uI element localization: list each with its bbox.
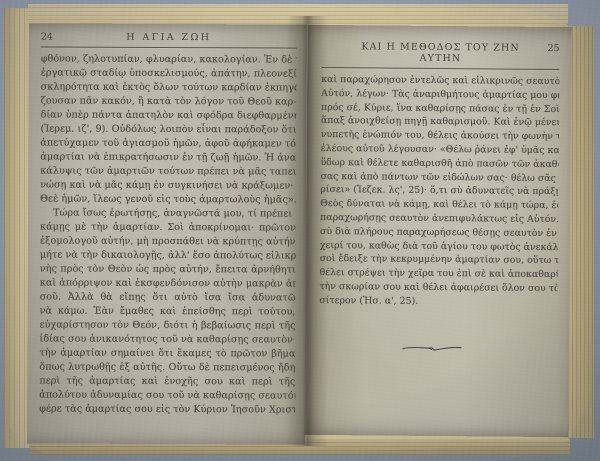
flourish-divider-icon	[401, 342, 463, 355]
text-line: δίαν ὑπὲρ πάντα ἀπατηλὸν καὶ σφόδρα διεφ…	[40, 108, 296, 123]
left-page: 24 Η ΑΓΙΑ ΖΩΗ φθόνον, ζηλοτυπίαν, φλυαρί…	[27, 23, 307, 444]
text-line: σὺ διὰ πλήρους παραχωρήσεως θέσῃς σεαυτὸ…	[320, 225, 558, 241]
left-text-block: φθόνον, ζηλοτυπίαν, φλυαρίαν, κακολογίαν…	[39, 52, 297, 417]
text-line: φθόνον, ζηλοτυπίαν, φλυαρίαν, κακολογίαν…	[41, 52, 297, 67]
text-line: μήτε νὰ τὴν δικαιολογῇς, ἀλλ' ἔσο ἀπολύτ…	[40, 248, 296, 263]
text-line: ὕδωρ καὶ θέλετε καθαρισθῆ ἀπὸ πασῶν τῶν …	[321, 156, 559, 172]
right-page: ΚΑΙ Η ΜΕΘΟΔΟΣ ΤΟΥ ΖΗΝ ΑΥΤΗΝ 25 καὶ παραχ…	[304, 25, 572, 437]
text-line: ἰδίας σου ἀνικανότητος τοῦ νὰ καθαρίσῃς …	[40, 332, 296, 347]
text-line: ἐξομολογοῦ αὐτήν, μὴ προσπάθει νὰ κρύπτῃ…	[40, 234, 296, 249]
text-line: Τώρα ἴσως ἐρωτήσῃς, ἀναγνῶστά μου, τί πρ…	[40, 206, 296, 221]
right-text-block: καὶ παραχώρησον ἐντελῶς καὶ εἰλικρινῶς σ…	[319, 73, 559, 310]
text-line: κάλυψις τῶν ἁμαρτιῶν τούτων πρέπει νὰ μᾶ…	[40, 164, 296, 179]
text-line: τὴν ἁμαρτίαν σημαίνει ὅτι ἔκαμες τὸ πρῶτ…	[39, 346, 295, 361]
text-line: ὅπως λυτρωθῇς ἐξ αὐτῆς. Οὕτω δὲ πεπεισμέ…	[39, 360, 295, 375]
text-line: Αὐτόν, λέγων· Τὰς ἀναριθμήτους ἁμαρτίας …	[321, 87, 559, 103]
book-photo: 24 Η ΑΓΙΑ ΖΩΗ φθόνον, ζηλοτυπίαν, φλυαρί…	[0, 0, 600, 461]
right-running-title: ΚΑΙ Η ΜΕΘΟΔΟΣ ΤΟΥ ΖΗΝ ΑΥΤΗΝ	[355, 41, 525, 64]
right-page-header: ΚΑΙ Η ΜΕΘΟΔΟΣ ΤΟΥ ΖΗΝ ΑΥΤΗΝ 25	[321, 41, 559, 65]
text-line: ἀπετύχαμεν τοῦ ἁγιασμοῦ ἡμῶν, ἀφοῦ ἀφήκα…	[40, 136, 296, 151]
left-running-title: Η ΑΓΙΑ ΖΩΗ	[75, 32, 263, 44]
text-line: σίτερον (Ἡσ. α', 25).	[319, 294, 557, 310]
text-line: φέρε τὰς ἁμαρτίας σου εἰς τὸν Κύριον Ἰησ…	[39, 402, 295, 417]
text-line: σκληρότητα καὶ ἐκτὸς ὅλων τούτων καρδίαν…	[41, 80, 297, 95]
text-line: σοῦ. Ἀλλὰ θὰ εἴπῃς ὅτι αὐτὸ ἴσα ἴσα ἀδυν…	[40, 290, 296, 305]
text-line: ζουσαν πᾶν κακόν, ἢ κατὰ τὸν λόγον τοῦ Θ…	[41, 94, 297, 109]
page-stack-edge-left	[4, 8, 30, 448]
right-page-number: 25	[526, 43, 560, 54]
text-line: Θεὲ ἡμῶν, ἵλεως γενοῦ εἰς τοὺς ἁμαρτωλοὺ…	[40, 192, 296, 207]
text-line: εὐχαρίστησον τὸν Θεόν, διότι ἡ βεβαίωσις…	[40, 318, 296, 333]
text-line: καὶ ἀπόρριψον καὶ ἐκσφενδόνισον αὐτὴν μα…	[40, 276, 296, 291]
text-line: περὶ τῆς ἁμαρτίας καὶ ἐνοχῆς σου καὶ περ…	[39, 374, 295, 389]
text-line: ἁμαρτίαι νὰ ἐπικρατήσωσιν ἐν τῇ ζωῇ ἡμῶν…	[40, 150, 296, 165]
left-header-rule	[41, 46, 297, 48]
left-page-number: 24	[41, 31, 75, 42]
text-line: νὴς πρὸς τὸν Θεὸν ὡς πρὸς αὐτήν, ἔπειτα …	[40, 262, 296, 277]
text-line: νὰ κάμω. Ἐὰν ἔμαθες καὶ ἐπείσθης περὶ το…	[40, 304, 296, 319]
text-line: (Ἰερεμ. ιζ', 9). Οὐδόλως λοιπὸν εἶναι πα…	[40, 122, 296, 137]
left-page-header: 24 Η ΑΓΙΑ ΖΩΗ	[41, 31, 297, 43]
text-line: ἐργατικῷ σταδίῳ ὑποσκελισμούς, ἀπάτην, π…	[41, 66, 297, 81]
text-line: νώσῃ καὶ νὰ μᾶς κάμῃ ἐν συγκινήσει νὰ κρ…	[40, 178, 296, 193]
right-header-rule	[321, 67, 559, 70]
text-line: ἀπολύτου ἀδυναμίας σου τοῦ νὰ καθαρίσῃς …	[39, 388, 295, 403]
text-line: κάμῃς μὲ τὴν ἁμαρτίαν. Σοὶ ἀποκρίνομαι· …	[40, 220, 296, 235]
page-stack-edge-top	[28, 4, 568, 24]
